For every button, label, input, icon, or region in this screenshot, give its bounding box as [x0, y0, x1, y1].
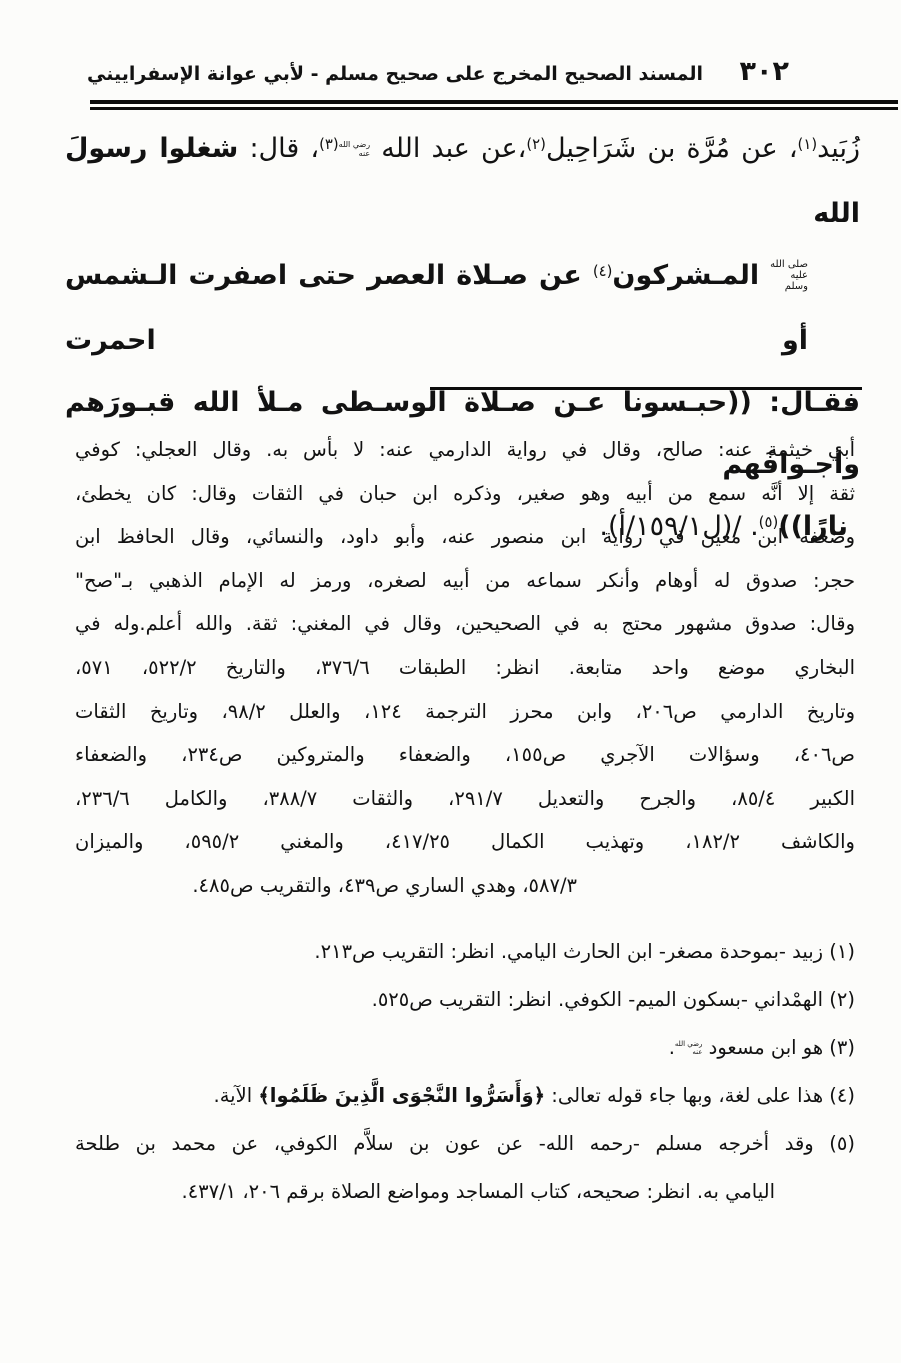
footnote-continuation-marker: =: [844, 396, 857, 415]
footnote-line: أبي خيثمة عنه: صالح، وقال في رواية الدار…: [75, 428, 855, 472]
footnote-line: ثقة إلا أنَّه سمع من أبيه وهو صغير، وذكر…: [75, 472, 855, 516]
honorific-seal-line: وسلم: [770, 282, 808, 293]
footnote-entry-1: (١) زبيد -بموحدة مصغر- ابن الحارث اليامي…: [75, 928, 855, 976]
book-title: المسند الصحيح المخرج على صحيح مسلم - لأب…: [140, 63, 703, 85]
footnote-line: والكاشف ١٨٢/٢، وتهذيب الكمال ٤١٧/٢٥، وال…: [75, 820, 855, 864]
footnote-entry-3: (٣) هو ابن مسعود رضي اللهعنه.: [75, 1024, 855, 1072]
footnote-separator-rule: [430, 387, 862, 390]
footnote-ref-marker: (٢): [526, 135, 546, 153]
bold-text-run: المـشركون: [612, 260, 770, 291]
honorific-seal-ra: رضي اللهعنه: [675, 1041, 703, 1056]
footnote-line: ص٤٠٦، وسؤالات الآجري ص١٥٥، والضعفاء والم…: [75, 733, 855, 777]
hadith-line-1: زُبَيد(١)، عن مُرَّة بن شَرَاحِيل(٢)،عن …: [65, 118, 860, 245]
quran-verse: ﴿وَأَسَرُّوا النَّجْوَى الَّذِينَ ظَلَمُ…: [258, 1084, 545, 1107]
header-double-rule: [90, 100, 898, 110]
footnote-ref-marker: (١): [798, 135, 818, 153]
footnote-line: وضعفه ابن معين في رواية ابن منصور عنه، و…: [75, 515, 855, 559]
footnote-line: البخاري موضع واحد متابعة. انظر: الطبقات …: [75, 646, 855, 690]
footnote-line: وتاريخ الدارمي ص٢٠٦، وابن محرز الترجمة ١…: [75, 690, 855, 734]
book-page-scan: ٣٠٢ المسند الصحيح المخرج على صحيح مسلم -…: [0, 0, 901, 1363]
footnote-entry-4: (٤) هذا على لغة، وبها جاء قوله تعالى: ﴿و…: [75, 1072, 855, 1120]
hadith-line-2: صلى اللهعليهوسلم المـشركون(٤) عن صـلاة ا…: [65, 245, 860, 372]
honorific-seal-ra: رضي اللهعنه: [339, 141, 370, 158]
footnote-line: حجر: صدوق له أوهام وأنكر سماعه من أبيه ل…: [75, 559, 855, 603]
footnote-ref-marker: (٣): [319, 135, 339, 153]
page-number: ٣٠٢: [740, 56, 789, 87]
footnote-entry-5-line-2: اليامي به. انظر: صحيحه، كتاب المساجد ومو…: [75, 1168, 855, 1216]
footnotes-list: (١) زبيد -بموحدة مصغر- ابن الحارث اليامي…: [75, 928, 855, 1216]
honorific-seal-saw: صلى اللهعليهوسلم: [770, 260, 808, 292]
footnote-line: ٥٨٧/٣، وهدي الساري ص٤٣٩، والتقريب ص٤٨٥.: [75, 864, 855, 908]
footnote-ref-marker: (٤): [593, 262, 613, 280]
honorific-seal-line: عنه: [339, 150, 370, 159]
footnote-line: الكبير ٨٥/٤، والجرح والتعديل ٢٩١/٧، والث…: [75, 777, 855, 821]
footnote-entry-2: (٢) الهمْداني -بسكون الميم- الكوفي. انظر…: [75, 976, 855, 1024]
footnote-line: وقال: صدوق مشهور محتج به في الصحيحين، وق…: [75, 602, 855, 646]
footnote-entry-5-line-1: (٥) وقد أخرجه مسلم -رحمه الله- عن عون بن…: [75, 1120, 855, 1168]
footnote-continuation-paragraph: أبي خيثمة عنه: صالح، وقال في رواية الدار…: [75, 428, 855, 908]
honorific-seal-line: عنه: [675, 1049, 703, 1057]
bold-text-run: شغلوا رسولَ الله: [65, 133, 860, 229]
